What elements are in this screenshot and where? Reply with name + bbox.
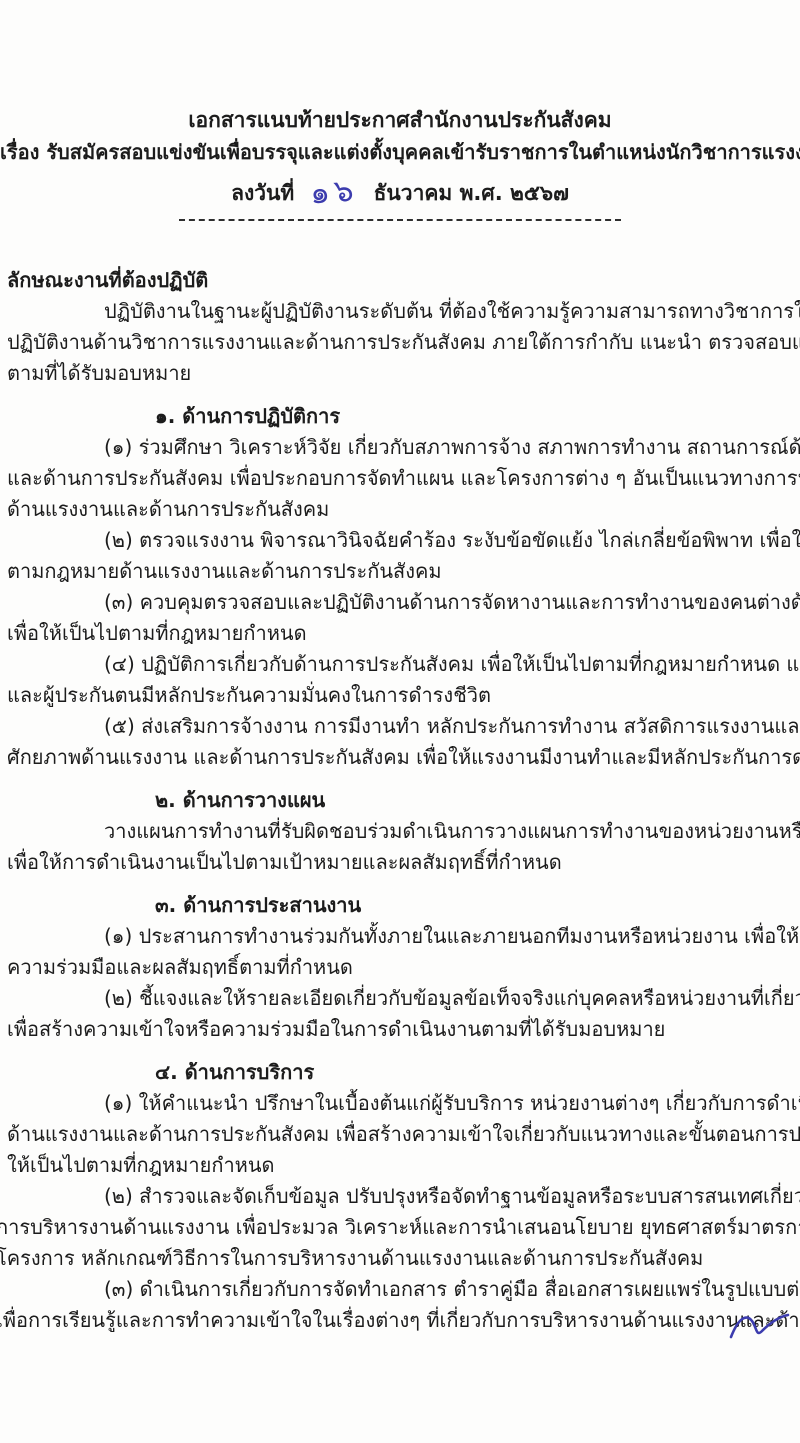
text-line: ตามกฎหมายด้านแรงงานและด้านการประกันสังคม <box>7 556 796 587</box>
scanned-document-page: เอกสารแนบท้ายประกาศสำนักงานประกันสังคม เ… <box>0 0 800 1443</box>
subsection-heading-2: ๒. ด้านการวางแผน <box>155 785 796 816</box>
text-line: เพื่อให้การดำเนินงานเป็นไปตามเป้าหมายและ… <box>7 847 796 878</box>
date-prefix: ลงวันที่ <box>231 181 294 205</box>
text-line: (๒) ชี้แจงและให้รายละเอียดเกี่ยวกับข้อมู… <box>104 983 796 1014</box>
text-line: (๔) ปฏิบัติการเกี่ยวกับด้านการประกันสังค… <box>104 649 796 680</box>
text-line: (๒) ตรวจแรงงาน พิจารณาวินิจฉัยคำร้อง ระง… <box>104 525 796 556</box>
text-line: (๒) สำรวจและจัดเก็บข้อมูล ปรับปรุงหรือจั… <box>104 1181 796 1212</box>
subsection-heading-4: ๔. ด้านการบริการ <box>155 1057 796 1088</box>
text-line: เพื่อสร้างความเข้าใจหรือความร่วมมือในการ… <box>7 1014 796 1045</box>
text-line: (๓) ดำเนินการเกี่ยวกับการจัดทำเอกสาร ตำร… <box>104 1274 796 1305</box>
subsection-heading-3: ๓. ด้านการประสานงาน <box>155 890 796 921</box>
text-line: (๑) ร่วมศึกษา วิเคราะห์วิจัย เกี่ยวกับสภ… <box>104 432 796 463</box>
document-body: ลักษณะงานที่ต้องปฏิบัติ ปฏิบัติงานในฐานะ… <box>0 265 800 1336</box>
dashed-divider <box>179 219 621 221</box>
date-suffix: ธันวาคม พ.ศ. ๒๕๖๗ <box>374 181 569 205</box>
header-subject: เรื่อง รับสมัครสอบแข่งขันเพื่อบรรจุและแต… <box>0 136 800 168</box>
date-line: ลงวันที่๑๖ธันวาคม พ.ศ. ๒๕๖๗ <box>0 168 800 215</box>
text-line: ความร่วมมือและผลสัมฤทธิ์ตามที่กำหนด <box>7 952 796 983</box>
text-line: และด้านการประกันสังคม เพื่อประกอบการจัดท… <box>7 463 796 494</box>
text-line: (๑) ให้คำแนะนำ ปรึกษาในเบื้องต้นแก่ผู้รั… <box>104 1088 796 1119</box>
text-line: ปฏิบัติงานด้านวิชาการแรงงานและด้านการประ… <box>7 327 796 358</box>
text-line: (๕) ส่งเสริมการจ้างงาน การมีงานทำ หลักปร… <box>104 711 796 742</box>
text-line: (๓) ควบคุมตรวจสอบและปฏิบัติงานด้านการจัด… <box>104 587 796 618</box>
handwritten-date-day: ๑๖ <box>309 168 359 215</box>
subsection-heading-1: ๑. ด้านการปฏิบัติการ <box>155 401 796 432</box>
text-line: ด้านแรงงานและด้านการประกันสังคม เพื่อสร้… <box>7 1119 796 1150</box>
text-line: (๑) ประสานการทำงานร่วมกันทั้งภายในและภาย… <box>104 921 796 952</box>
text-line: วางแผนการทำงานที่รับผิดชอบร่วมดำเนินการว… <box>104 816 796 847</box>
text-line: โครงการ หลักเกณฑ์วิธีการในการบริหารงานด้… <box>0 1243 796 1274</box>
handwritten-initial-mark <box>728 1305 794 1353</box>
text-line: และผู้ประกันตนมีหลักประกันความมั่นคงในกา… <box>7 680 796 711</box>
text-line: ตามที่ได้รับมอบหมาย <box>7 358 796 389</box>
text-line: ด้านแรงงานและด้านการประกันสังคม <box>7 494 796 525</box>
text-line: การบริหารงานด้านแรงงาน เพื่อประมวล วิเคร… <box>0 1212 796 1243</box>
document-header: เอกสารแนบท้ายประกาศสำนักงานประกันสังคม เ… <box>0 0 800 221</box>
section-heading-duties: ลักษณะงานที่ต้องปฏิบัติ <box>7 265 796 296</box>
text-line: ศักยภาพด้านแรงงาน และด้านการประกันสังคม … <box>7 742 796 773</box>
header-title: เอกสารแนบท้ายประกาศสำนักงานประกันสังคม <box>0 104 800 136</box>
text-line: เพื่อให้เป็นไปตามที่กฎหมายกำหนด <box>7 618 796 649</box>
text-line: ปฏิบัติงานในฐานะผู้ปฏิบัติงานระดับต้น ที… <box>104 296 796 327</box>
text-line: ให้เป็นไปตามที่กฎหมายกำหนด <box>7 1150 796 1181</box>
text-line: เพื่อการเรียนรู้และการทำความเข้าใจในเรื่… <box>0 1305 796 1336</box>
